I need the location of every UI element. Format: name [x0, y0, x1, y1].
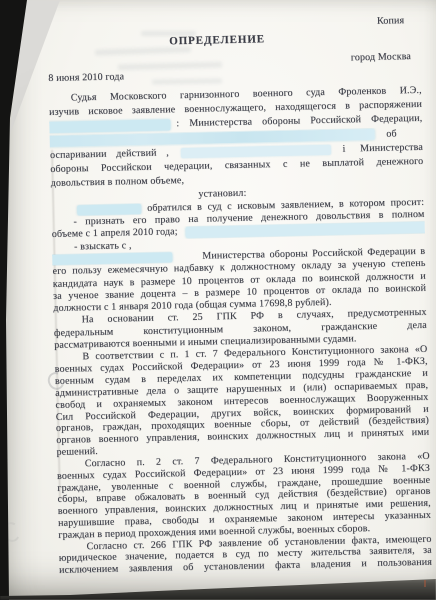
paragraph-gpk266: Согласно ст. 266 ГПК РФ заявление об уст… [58, 533, 432, 577]
document-page: Копия ОПРЕДЕЛЕНИЕ город Москва 8 июня 20… [0, 0, 436, 600]
scanned-document: Копия ОПРЕДЕЛЕНИЕ город Москва 8 июня 20… [0, 0, 436, 600]
scan-speck-artifact [424, 580, 426, 587]
paragraph-claims: обратился в суд с исковым заявлением, в … [51, 197, 426, 316]
redaction-highlight [181, 144, 331, 158]
text-fragment: об [386, 127, 397, 141]
redaction-highlight [49, 120, 170, 133]
document-content: Копия ОПРЕДЕЛЕНИЕ город Москва 8 июня 20… [47, 8, 432, 577]
redaction-highlight [77, 204, 141, 216]
paragraph-intro: Судья Московского гарнизонного военного … [49, 84, 424, 191]
paragraph-law-p2: Согласно п. 2 ст. 7 Федерального Констит… [57, 451, 432, 542]
paragraph-law-p1: В соответствии с п. 1 ст. 7 Федерального… [54, 344, 429, 459]
